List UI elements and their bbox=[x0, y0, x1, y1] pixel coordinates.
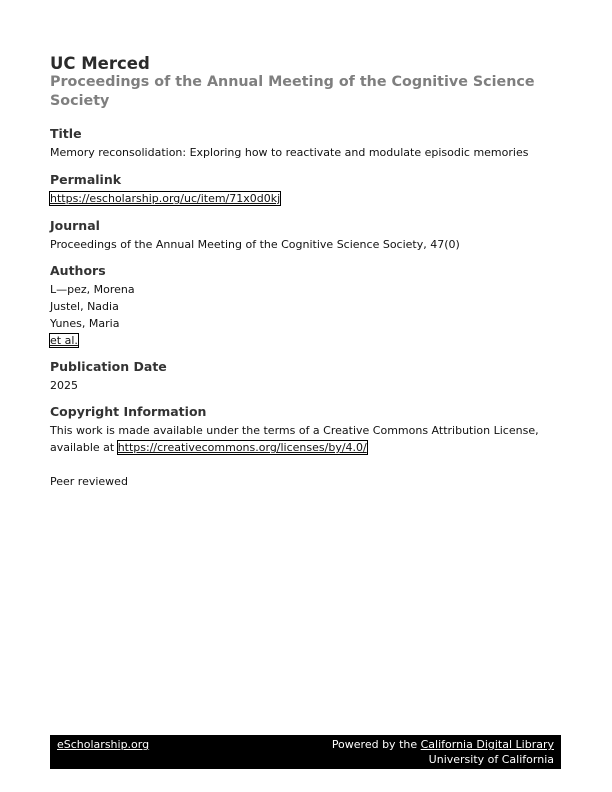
journal-value: Proceedings of the Annual Meeting of the… bbox=[50, 236, 460, 253]
copyright-text: This work is made available under the te… bbox=[50, 422, 539, 439]
powered-by: Powered by the California Digital Librar… bbox=[332, 738, 554, 751]
author-item: L—pez, Morena bbox=[50, 281, 135, 298]
permalink-label: Permalink bbox=[50, 172, 121, 187]
author-item: Yunes, Maria bbox=[50, 315, 119, 332]
escholarship-link[interactable]: eScholarship.org bbox=[57, 738, 149, 751]
copyright-label: Copyright Information bbox=[50, 404, 206, 419]
title-label: Title bbox=[50, 126, 82, 141]
publication-date-label: Publication Date bbox=[50, 359, 167, 374]
permalink-link[interactable]: https://escholarship.org/uc/item/71x0d0k… bbox=[50, 192, 280, 205]
copyright-text-line2: available at https://creativecommons.org… bbox=[50, 439, 367, 456]
cdl-link[interactable]: California Digital Library bbox=[421, 738, 554, 751]
article-title: Memory reconsolidation: Exploring how to… bbox=[50, 144, 528, 161]
license-link[interactable]: https://creativecommons.org/licenses/by/… bbox=[118, 441, 367, 454]
et-al-link[interactable]: et al. bbox=[50, 334, 78, 347]
authors-label: Authors bbox=[50, 263, 106, 278]
copyright-prefix: available at bbox=[50, 441, 118, 454]
series-title: Proceedings of the Annual Meeting of the… bbox=[50, 73, 550, 110]
peer-reviewed-status: Peer reviewed bbox=[50, 473, 128, 490]
author-item: Justel, Nadia bbox=[50, 298, 119, 315]
journal-label: Journal bbox=[50, 218, 100, 233]
campus-name: UC Merced bbox=[50, 54, 150, 74]
footer-bar: eScholarship.org Powered by the Californ… bbox=[50, 735, 561, 769]
publication-date-value: 2025 bbox=[50, 377, 78, 394]
powered-by-prefix: Powered by the bbox=[332, 738, 421, 751]
university-name: University of California bbox=[429, 753, 554, 766]
